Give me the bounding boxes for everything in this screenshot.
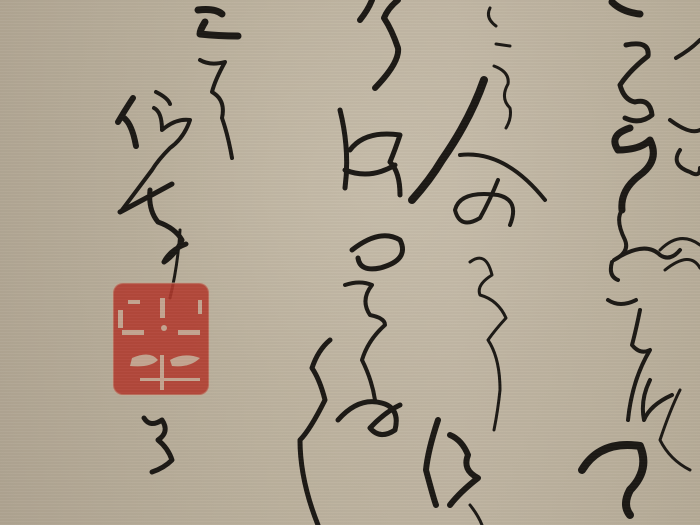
paper-background [0, 0, 700, 525]
column-center-right [412, 8, 545, 525]
column-far-right [582, 2, 700, 515]
column-center [300, 0, 403, 525]
calligraphy-ink [0, 0, 700, 525]
red-seal [113, 283, 209, 395]
column-left-center [198, 10, 238, 159]
